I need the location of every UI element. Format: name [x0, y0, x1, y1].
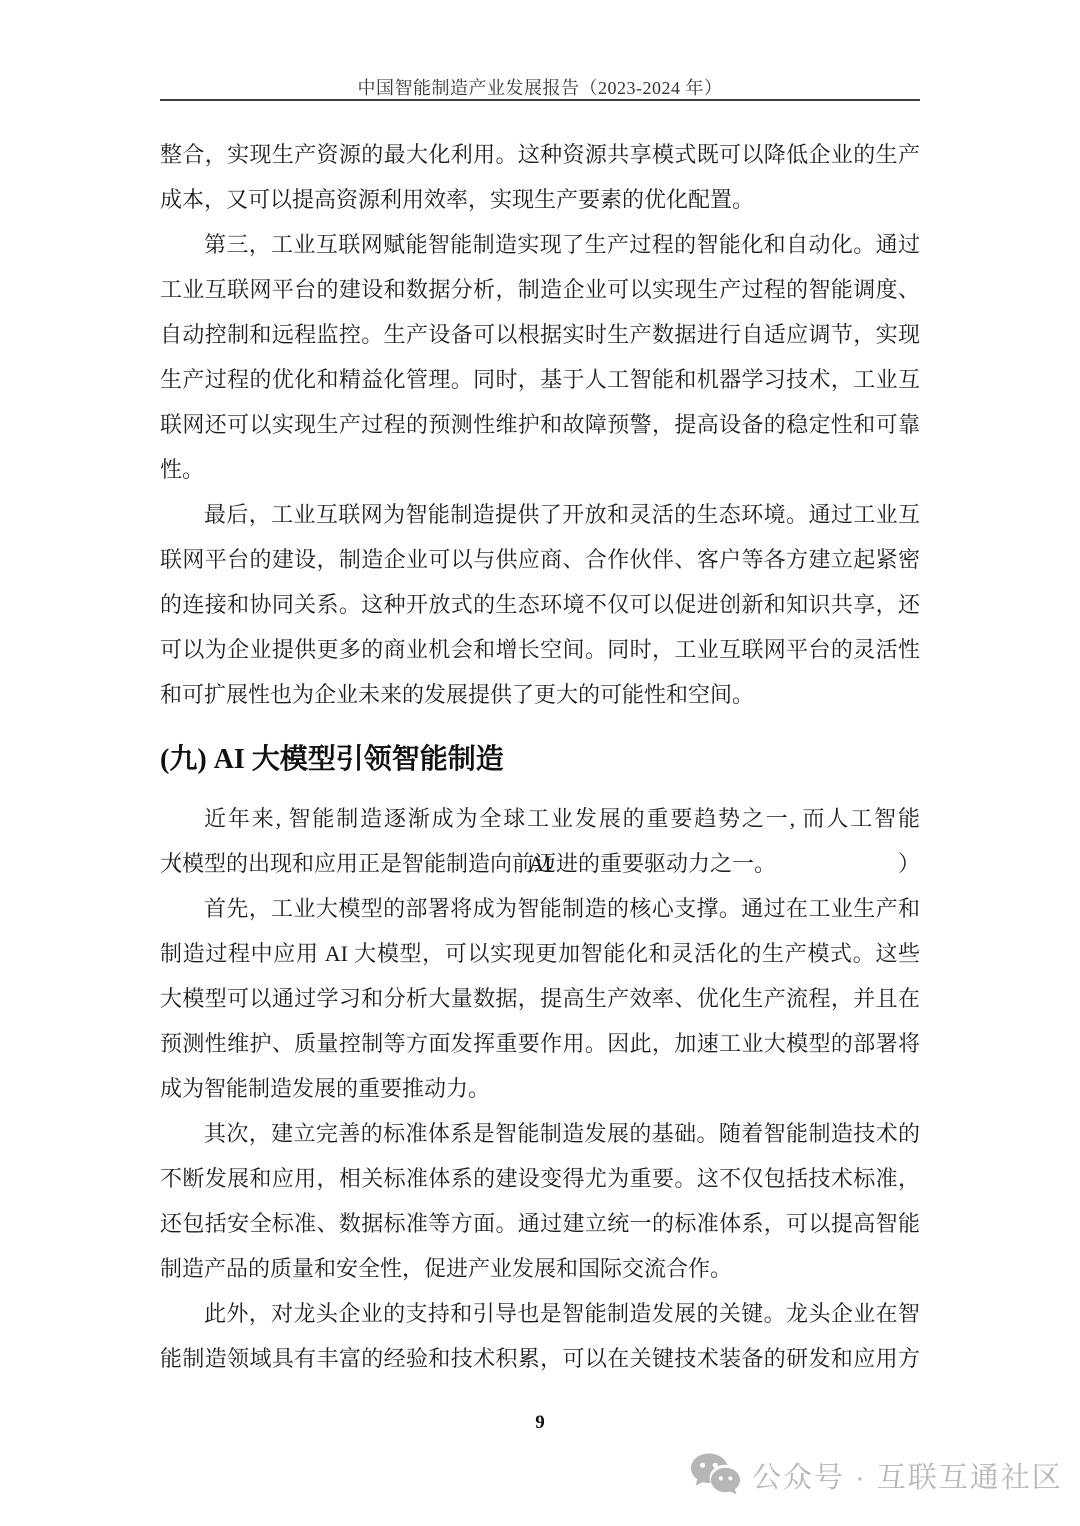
text-line: 性。 — [160, 447, 920, 492]
text-line: 联网平台的建设，制造企业可以与供应商、合作伙伴、客户等各方建立起紧密 — [160, 537, 920, 582]
page-number: 9 — [0, 1412, 1080, 1434]
document-page: 中国智能制造产业发展报告（2023-2024 年） 整合，实现生产资源的最大化利… — [0, 0, 1080, 1526]
paragraph: 近年来, 智能制造逐渐成为全球工业发展的重要趋势之一, 而人工智能（AI）大模型… — [160, 796, 920, 886]
text-line: 和可扩展性也为企业未来的发展提供了更大的可能性和空间。 — [160, 672, 920, 717]
text-line: 成本，又可以提高资源利用效率，实现生产要素的优化配置。 — [160, 177, 920, 222]
text-line: 联网还可以实现生产过程的预测性维护和故障预警，提高设备的稳定性和可靠 — [160, 402, 920, 447]
text-line: 成为智能制造发展的重要推动力。 — [160, 1066, 920, 1111]
paragraph: 其次，建立完善的标准体系是智能制造发展的基础。随着智能制造技术的不断发展和应用，… — [160, 1111, 920, 1291]
document-body: 整合，实现生产资源的最大化利用。这种资源共享模式既可以降低企业的生产成本，又可以… — [160, 132, 920, 1381]
page-header-title: 中国智能制造产业发展报告（2023-2024 年） — [0, 74, 1080, 100]
text-line: 最后，工业互联网为智能制造提供了开放和灵活的生态环境。通过工业互 — [160, 492, 920, 537]
paragraph: 首先，工业大模型的部署将成为智能制造的核心支撑。通过在工业生产和制造过程中应用 … — [160, 886, 920, 1111]
wechat-icon — [690, 1452, 740, 1498]
paragraph: 最后，工业互联网为智能制造提供了开放和灵活的生态环境。通过工业互联网平台的建设，… — [160, 492, 920, 717]
section-heading: (九) AI 大模型引领智能制造 — [160, 739, 920, 781]
text-line: 的连接和协同关系。这种开放式的生态环境不仅可以促进创新和知识共享，还 — [160, 582, 920, 627]
text-line: 制造过程中应用 AI 大模型，可以实现更加智能化和灵活化的生产模式。这些 — [160, 931, 920, 976]
header-rule — [160, 99, 920, 101]
text-line: 能制造领域具有丰富的经验和技术积累，可以在关键技术装备的研发和应用方 — [160, 1336, 920, 1381]
watermark-text: 公众号 · 互联互通社区 — [752, 1455, 1063, 1496]
text-line: 生产过程的优化和精益化管理。同时，基于人工智能和机器学习技术，工业互 — [160, 357, 920, 402]
text-line: 预测性维护、质量控制等方面发挥重要作用。因此，加速工业大模型的部署将 — [160, 1021, 920, 1066]
paragraph: 第三，工业互联网赋能智能制造实现了生产过程的智能化和自动化。通过工业互联网平台的… — [160, 222, 920, 492]
text-line: 整合，实现生产资源的最大化利用。这种资源共享模式既可以降低企业的生产 — [160, 132, 920, 177]
text-line: 还包括安全标准、数据标准等方面。通过建立统一的标准体系，可以提高智能 — [160, 1201, 920, 1246]
text-line: 工业互联网平台的建设和数据分析，制造企业可以实现生产过程的智能调度、 — [160, 267, 920, 312]
text-line: 第三，工业互联网赋能智能制造实现了生产过程的智能化和自动化。通过 — [160, 222, 920, 267]
text-line: 大模型可以通过学习和分析大量数据，提高生产效率、优化生产流程，并且在 — [160, 976, 920, 1021]
paragraph: 此外，对龙头企业的支持和引导也是智能制造发展的关键。龙头企业在智能制造领域具有丰… — [160, 1291, 920, 1381]
text-line: 可以为企业提供更多的商业机会和增长空间。同时，工业互联网平台的灵活性 — [160, 627, 920, 672]
text-line: 其次，建立完善的标准体系是智能制造发展的基础。随着智能制造技术的 — [160, 1111, 920, 1156]
watermark: 公众号 · 互联互通社区 — [690, 1452, 1063, 1498]
text-line: 近年来, 智能制造逐渐成为全球工业发展的重要趋势之一, 而人工智能（AI） — [160, 796, 920, 841]
text-line: 不断发展和应用，相关标准体系的建设变得尤为重要。这不仅包括技术标准， — [160, 1156, 920, 1201]
text-line: 此外，对龙头企业的支持和引导也是智能制造发展的关键。龙头企业在智 — [160, 1291, 920, 1336]
text-line: 自动控制和远程监控。生产设备可以根据实时生产数据进行自适应调节，实现 — [160, 312, 920, 357]
text-line: 首先，工业大模型的部署将成为智能制造的核心支撑。通过在工业生产和 — [160, 886, 920, 931]
paragraph: 整合，实现生产资源的最大化利用。这种资源共享模式既可以降低企业的生产成本，又可以… — [160, 132, 920, 222]
text-line: 制造产品的质量和安全性，促进产业发展和国际交流合作。 — [160, 1246, 920, 1291]
